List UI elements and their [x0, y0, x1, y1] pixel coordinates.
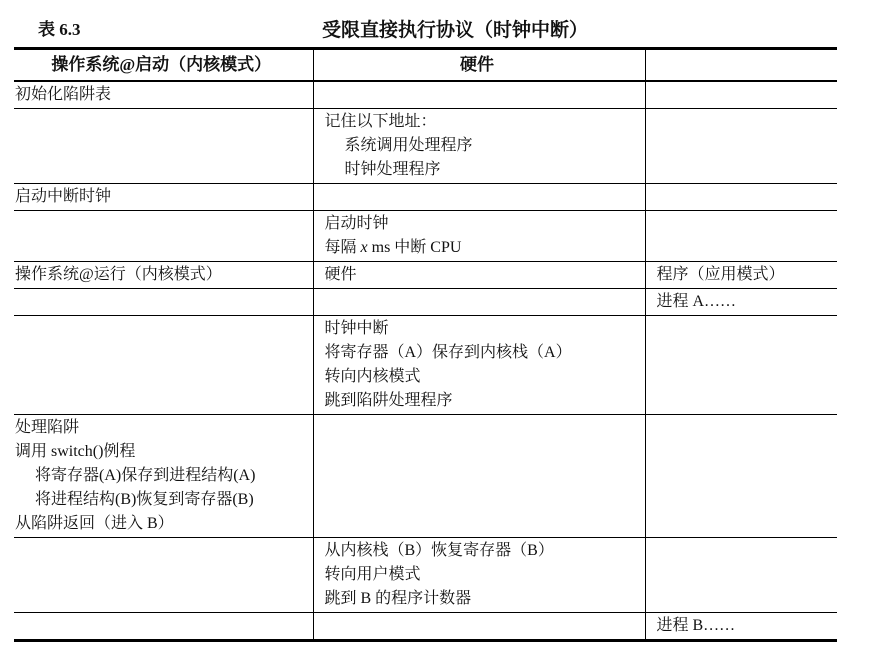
text-segment: 进程 A…… — [657, 293, 737, 310]
table-body: 操作系统@启动（内核模式）硬件初始化陷阱表记住以下地址：系统调用处理程序时钟处理… — [14, 49, 837, 641]
cell-line: 处理陷阱 — [15, 416, 309, 440]
text-segment: ms 中断 CPU — [368, 239, 462, 256]
table-row: 记住以下地址：系统调用处理程序时钟处理程序 — [14, 109, 837, 184]
cell-line: 启动中断时钟 — [15, 185, 309, 209]
table-row: 操作系统@启动（内核模式）硬件 — [14, 49, 837, 82]
table-cell — [313, 184, 645, 211]
text-segment: 进程 B…… — [657, 617, 736, 634]
table-row: 进程 A…… — [14, 289, 837, 316]
cell-line: 将寄存器（A）保存到内核栈（A） — [325, 341, 641, 365]
table-cell: 硬件 — [313, 262, 645, 289]
cell-line: 初始化陷阱表 — [15, 83, 309, 107]
text-segment: 操作系统@启动（内核模式） — [51, 55, 271, 74]
text-segment: 转向用户模式 — [325, 566, 421, 583]
text-segment: 时钟处理程序 — [345, 161, 441, 178]
text-segment: 将寄存器（A）保存到内核栈（A） — [325, 344, 572, 361]
cell-line: 转向内核模式 — [325, 365, 641, 389]
italic-text: x — [361, 239, 368, 256]
table-row: 启动时钟每隔 x ms 中断 CPU — [14, 211, 837, 262]
text-segment: 将进程结构(B)恢复到寄存器(B) — [35, 491, 254, 508]
table-cell — [313, 289, 645, 316]
cell-line: 进程 B…… — [657, 614, 834, 638]
table-row: 操作系统@运行（内核模式）硬件程序（应用模式） — [14, 262, 837, 289]
table-cell: 进程 A…… — [645, 289, 837, 316]
cell-line: 将寄存器(A)保存到进程结构(A) — [15, 464, 309, 488]
table-caption-label: 表 6.3 — [38, 15, 81, 40]
table-cell: 启动时钟每隔 x ms 中断 CPU — [313, 211, 645, 262]
cell-line: 调用 switch()例程 — [15, 440, 309, 464]
table-cell — [645, 538, 837, 613]
table-cell: 时钟中断将寄存器（A）保存到内核栈（A）转向内核模式跳到陷阱处理程序 — [313, 316, 645, 415]
table-cell — [14, 109, 313, 184]
cell-line: 进程 A…… — [657, 290, 834, 314]
text-segment: 从陷阱返回（进入 B） — [15, 515, 174, 532]
text-segment: 每隔 — [325, 239, 361, 256]
text-segment: 从内核栈（B）恢复寄存器（B） — [325, 542, 554, 559]
table-row: 处理陷阱调用 switch()例程将寄存器(A)保存到进程结构(A)将进程结构(… — [14, 415, 837, 538]
text-segment: 程序（应用模式） — [657, 266, 785, 283]
table-cell: 启动中断时钟 — [14, 184, 313, 211]
protocol-table-container: 操作系统@启动（内核模式）硬件初始化陷阱表记住以下地址：系统调用处理程序时钟处理… — [14, 47, 837, 642]
table-cell — [645, 316, 837, 415]
table-cell: 初始化陷阱表 — [14, 81, 313, 109]
text-segment: 将寄存器(A)保存到进程结构(A) — [35, 467, 255, 484]
cell-line: 时钟中断 — [325, 317, 641, 341]
table-row: 进程 B…… — [14, 613, 837, 641]
text-segment: 硬件 — [325, 266, 357, 283]
text-segment: 时钟中断 — [325, 320, 389, 337]
cell-line: 跳到 B 的程序计数器 — [325, 587, 641, 611]
cell-line: 转向用户模式 — [325, 563, 641, 587]
table-cell — [313, 613, 645, 641]
table-cell: 操作系统@运行（内核模式） — [14, 262, 313, 289]
table-cell: 处理陷阱调用 switch()例程将寄存器(A)保存到进程结构(A)将进程结构(… — [14, 415, 313, 538]
cell-line: 跳到陷阱处理程序 — [325, 389, 641, 413]
text-segment: 硬件 — [460, 55, 494, 74]
cell-line: 系统调用处理程序 — [325, 134, 641, 158]
text-segment: 跳到陷阱处理程序 — [325, 392, 453, 409]
table-cell — [14, 316, 313, 415]
table-cell — [313, 81, 645, 109]
table-cell: 程序（应用模式） — [645, 262, 837, 289]
cell-line: 记住以下地址： — [325, 110, 641, 134]
text-segment: 跳到 B 的程序计数器 — [325, 590, 472, 607]
table-cell: 进程 B…… — [645, 613, 837, 641]
text-segment: 转向内核模式 — [325, 368, 421, 385]
table-caption-title: 受限直接执行协议（时钟中断） — [322, 15, 588, 42]
protocol-table: 操作系统@启动（内核模式）硬件初始化陷阱表记住以下地址：系统调用处理程序时钟处理… — [14, 47, 837, 642]
text-segment: 系统调用处理程序 — [345, 137, 473, 154]
table-cell — [645, 184, 837, 211]
cell-line: 程序（应用模式） — [657, 263, 834, 287]
text-segment: 启动时钟 — [325, 215, 389, 232]
cell-line: 操作系统@启动（内核模式） — [14, 53, 309, 77]
text-segment: 操作系统@运行（内核模式） — [15, 266, 222, 283]
table-cell — [645, 109, 837, 184]
cell-line: 从内核栈（B）恢复寄存器（B） — [325, 539, 641, 563]
table-cell — [14, 613, 313, 641]
table-cell — [14, 211, 313, 262]
header-cell: 硬件 — [313, 49, 645, 82]
cell-line: 硬件 — [314, 53, 641, 77]
cell-line: 将进程结构(B)恢复到寄存器(B) — [15, 488, 309, 512]
table-row: 从内核栈（B）恢复寄存器（B）转向用户模式跳到 B 的程序计数器 — [14, 538, 837, 613]
text-segment: 初始化陷阱表 — [15, 86, 111, 103]
table-cell — [313, 415, 645, 538]
table-cell — [14, 289, 313, 316]
table-row: 时钟中断将寄存器（A）保存到内核栈（A）转向内核模式跳到陷阱处理程序 — [14, 316, 837, 415]
table-row: 启动中断时钟 — [14, 184, 837, 211]
table-caption: 表 6.3 受限直接执行协议（时钟中断） — [0, 15, 890, 41]
table-cell — [645, 81, 837, 109]
cell-line: 硬件 — [325, 263, 641, 287]
table-cell — [645, 211, 837, 262]
header-cell: 操作系统@启动（内核模式） — [14, 49, 313, 82]
cell-line: 从陷阱返回（进入 B） — [15, 512, 309, 536]
text-segment: 处理陷阱 — [15, 419, 79, 436]
text-segment: 启动中断时钟 — [15, 188, 111, 205]
text-segment: 调用 switch()例程 — [15, 443, 135, 460]
table-cell: 从内核栈（B）恢复寄存器（B）转向用户模式跳到 B 的程序计数器 — [313, 538, 645, 613]
table-cell — [14, 538, 313, 613]
table-cell: 记住以下地址：系统调用处理程序时钟处理程序 — [313, 109, 645, 184]
table-cell — [645, 415, 837, 538]
cell-line: 时钟处理程序 — [325, 158, 641, 182]
table-row: 初始化陷阱表 — [14, 81, 837, 109]
cell-line: 启动时钟 — [325, 212, 641, 236]
cell-line: 每隔 x ms 中断 CPU — [325, 236, 641, 260]
text-segment: 记住以下地址： — [325, 113, 437, 130]
cell-line: 操作系统@运行（内核模式） — [15, 263, 309, 287]
header-cell — [645, 49, 837, 82]
